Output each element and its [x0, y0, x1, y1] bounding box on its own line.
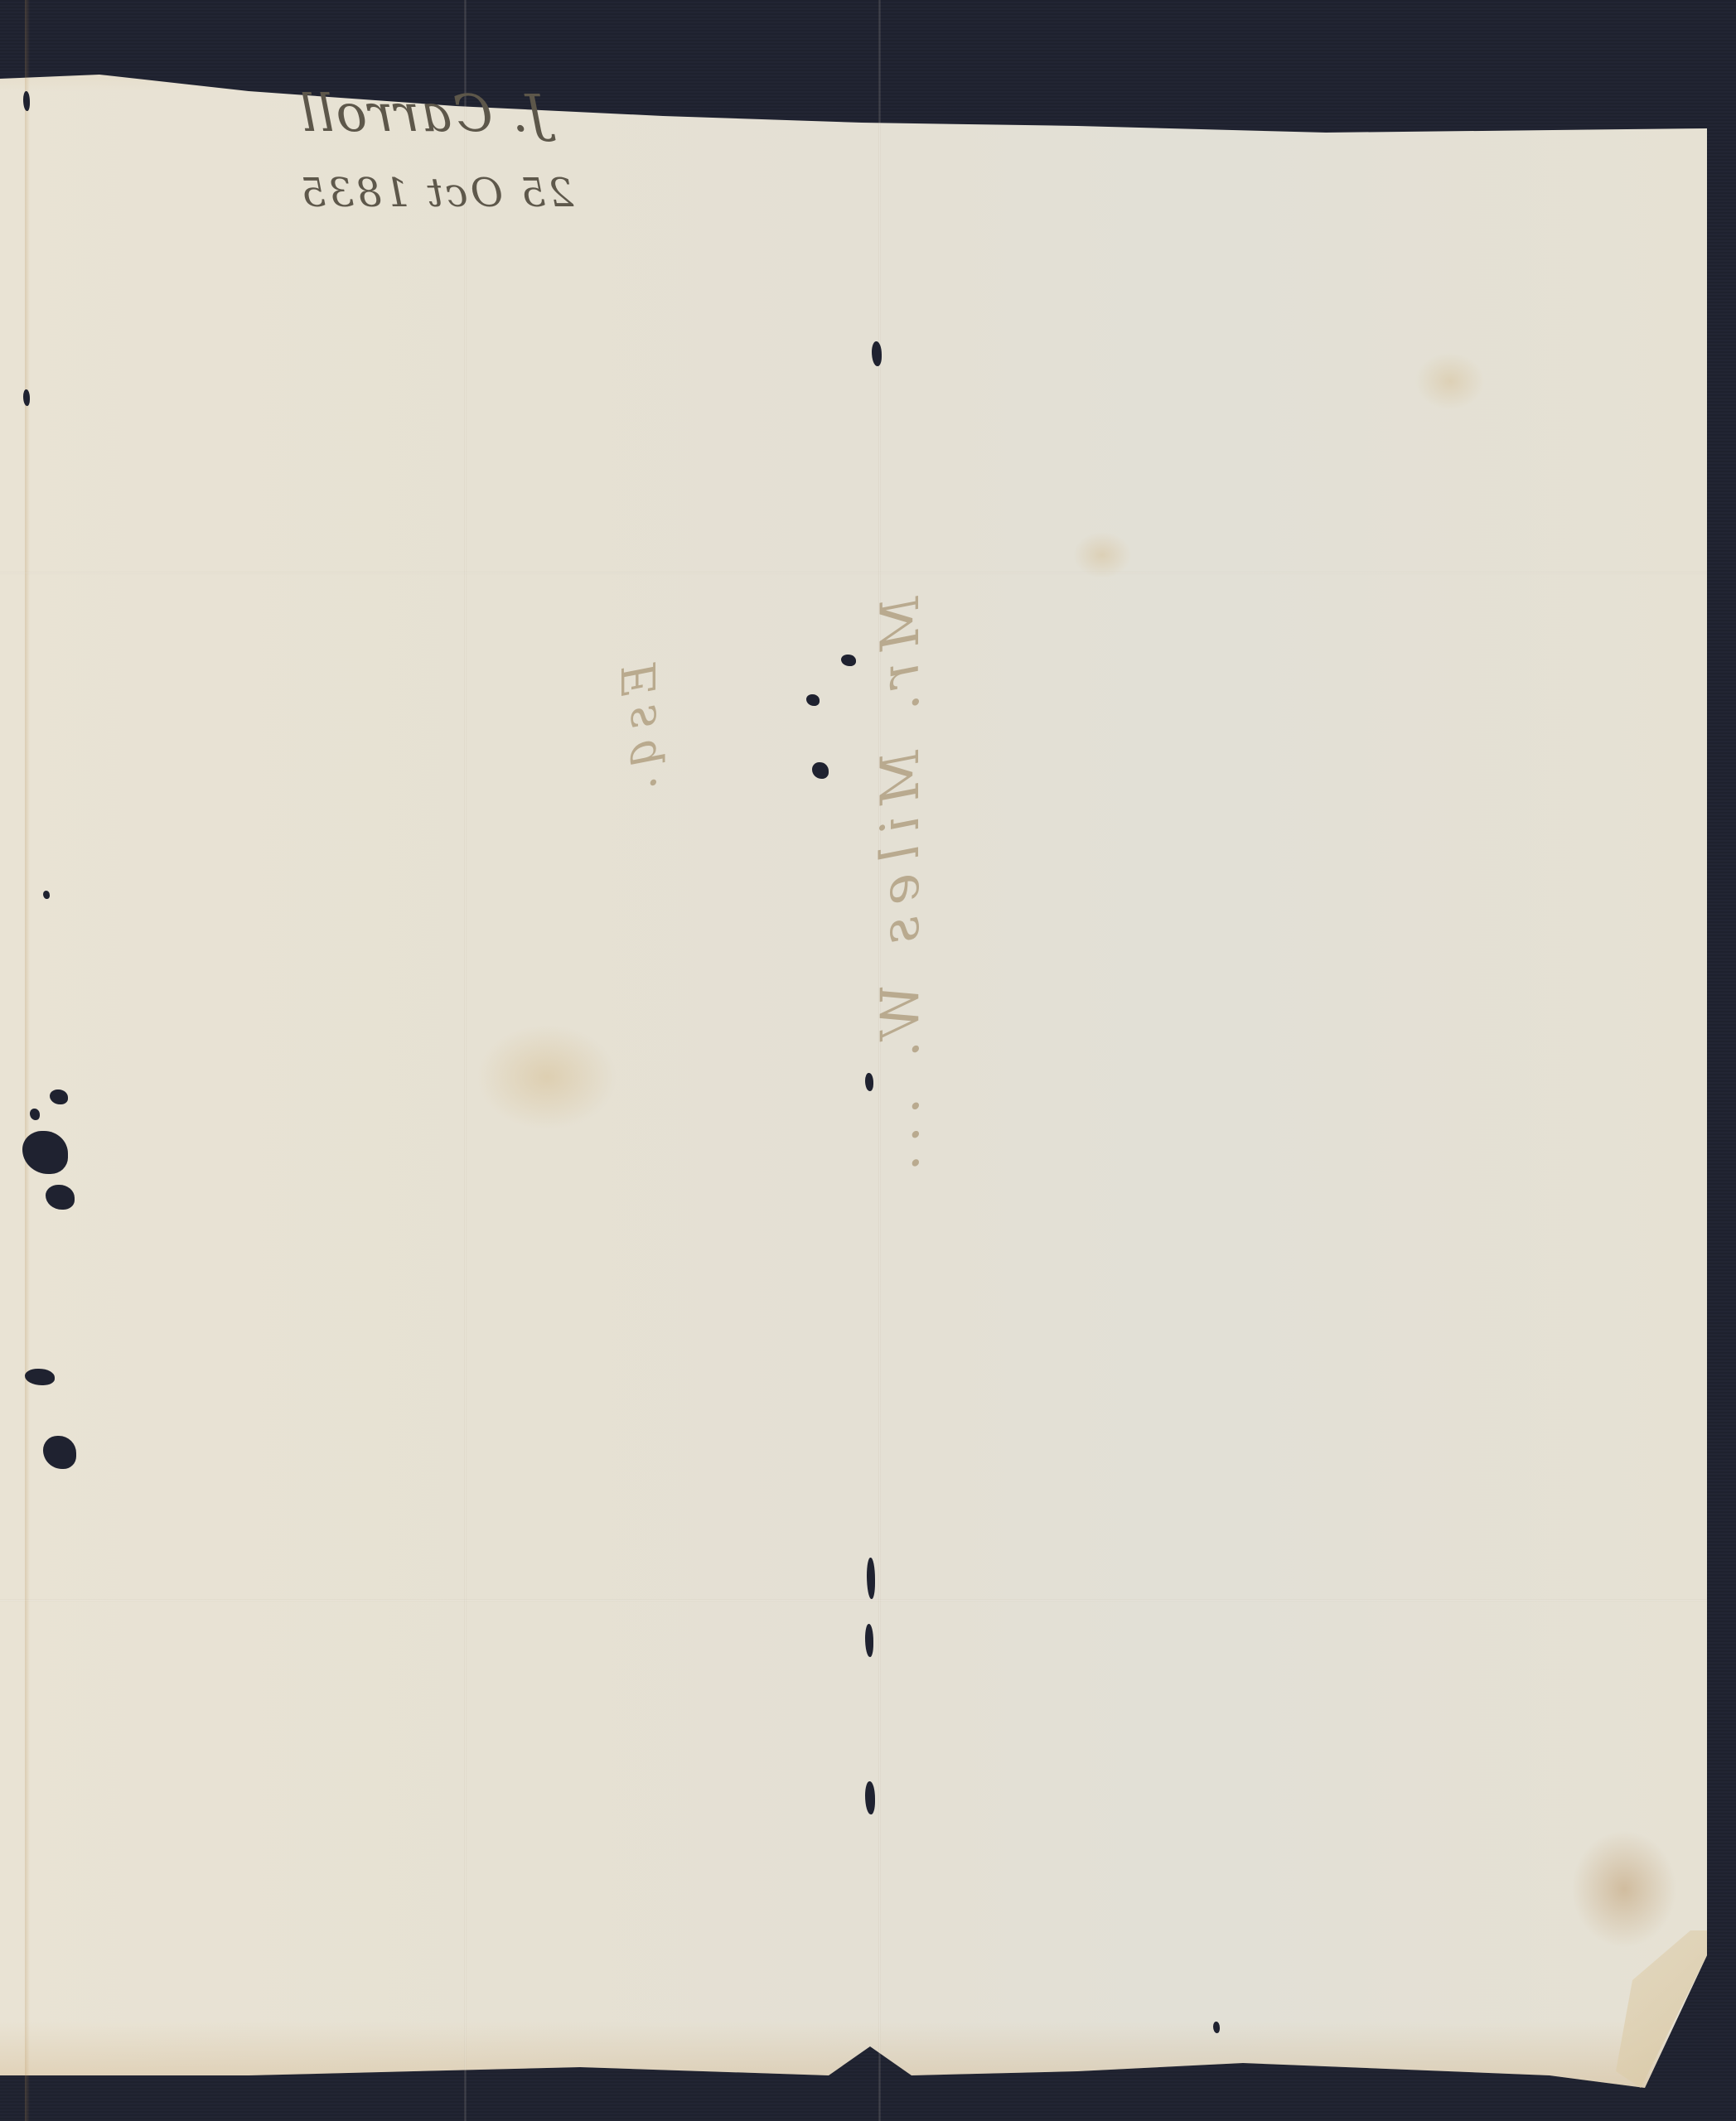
paper-hole — [30, 1109, 40, 1120]
docket-name: J. Carroll — [298, 83, 547, 143]
paper-hole — [1213, 2022, 1220, 2033]
letter-page — [0, 0, 1715, 2121]
paper-hole — [865, 1781, 875, 1814]
paper-hole — [50, 1089, 68, 1104]
horizontal-fold-line — [0, 572, 1707, 574]
address-bleed-through: Mr. Miles W. ... — [870, 597, 931, 1183]
paper-hole — [867, 1558, 875, 1599]
address-bleed-through-secondary: Esq. — [613, 663, 667, 798]
paper-hole — [43, 891, 50, 899]
paper-hole — [23, 389, 30, 406]
paper-hole — [865, 1624, 873, 1657]
paper-hole — [23, 91, 30, 111]
paper-hole — [872, 341, 882, 366]
left-edge-stain — [25, 0, 30, 2121]
docket-date: 25 Oct 1835 — [298, 170, 573, 216]
horizontal-fold-line-lower — [0, 1599, 1707, 1602]
paper-hole — [841, 655, 856, 666]
paper-hole — [806, 694, 820, 706]
paper-hole — [812, 762, 829, 779]
vertical-fold-line — [464, 0, 467, 2121]
